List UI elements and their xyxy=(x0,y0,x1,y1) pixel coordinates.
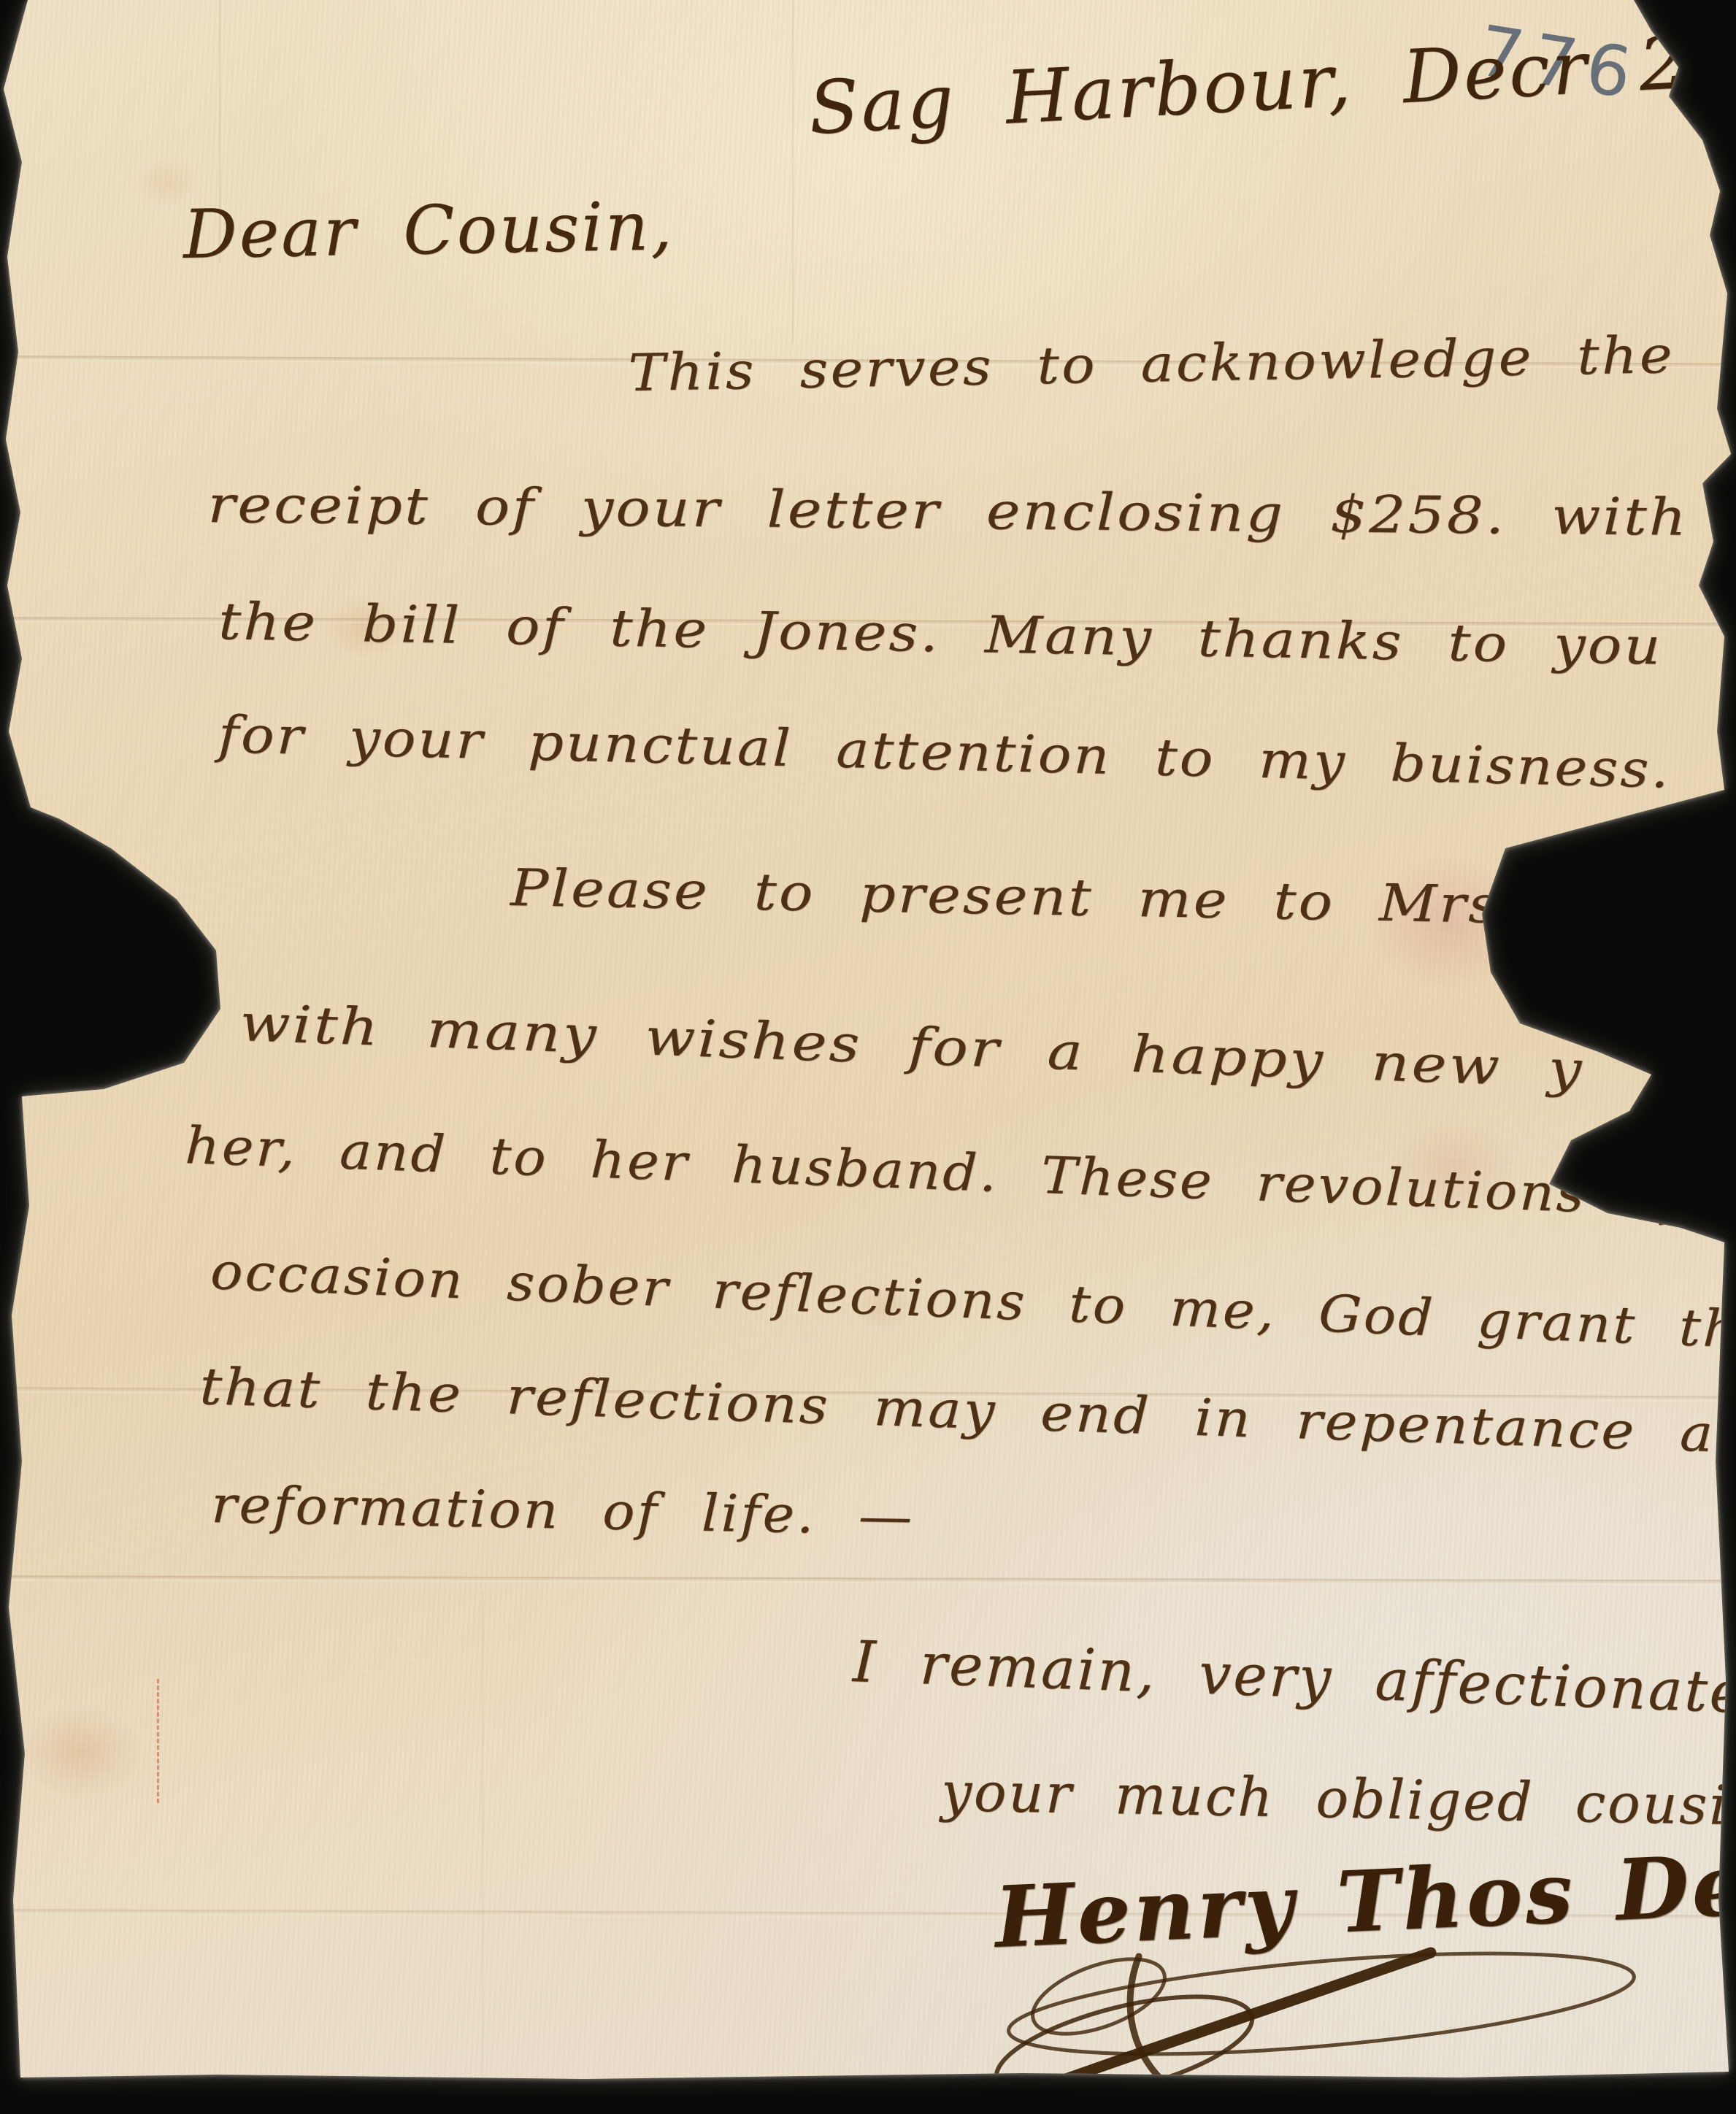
letter-scan: 776 Sag Harbour, Decr 28th. 18 Dear Cous… xyxy=(0,0,1736,2114)
closing-line: I remain, very affectionately xyxy=(852,1629,1736,1728)
letter-line: her, and to her husband. These revolutio… xyxy=(184,1115,1736,1231)
salutation: Dear Cousin, xyxy=(183,187,675,274)
fold-crease-vertical xyxy=(482,1591,485,2088)
closing-line: your much obliged cousin xyxy=(940,1761,1736,1838)
letter-line: receipt of your letter enclosing $258. w… xyxy=(207,474,1689,547)
fold-crease xyxy=(0,1575,1736,1585)
letter-line: reformation of life. — xyxy=(211,1475,915,1547)
letter-line: Please to present me to Mrs xyxy=(510,858,1500,935)
letter-line: with many wishes for a happy new y xyxy=(239,993,1585,1099)
dateline: Sag Harbour, Decr 28th. 18 xyxy=(807,4,1736,151)
paper-wrap: 776 Sag Harbour, Decr 28th. 18 Dear Cous… xyxy=(0,0,1736,2114)
fold-crease-vertical xyxy=(792,0,796,343)
letter-line: that the reflections may end in repentan… xyxy=(199,1356,1736,1466)
red-stitch-mark xyxy=(157,1679,159,1803)
letter-line: the bill of the Jones. Many thanks to yo… xyxy=(218,591,1664,677)
signature-flourish xyxy=(898,1913,1736,2102)
paper: 776 Sag Harbour, Decr 28th. 18 Dear Cous… xyxy=(0,0,1736,2114)
letter-line: This serves to acknowledge the xyxy=(628,325,1675,403)
letter-line: occasion sober reflections to me, God gr… xyxy=(210,1241,1736,1361)
letter-line: for your punctual attention to my buisne… xyxy=(218,704,1672,800)
